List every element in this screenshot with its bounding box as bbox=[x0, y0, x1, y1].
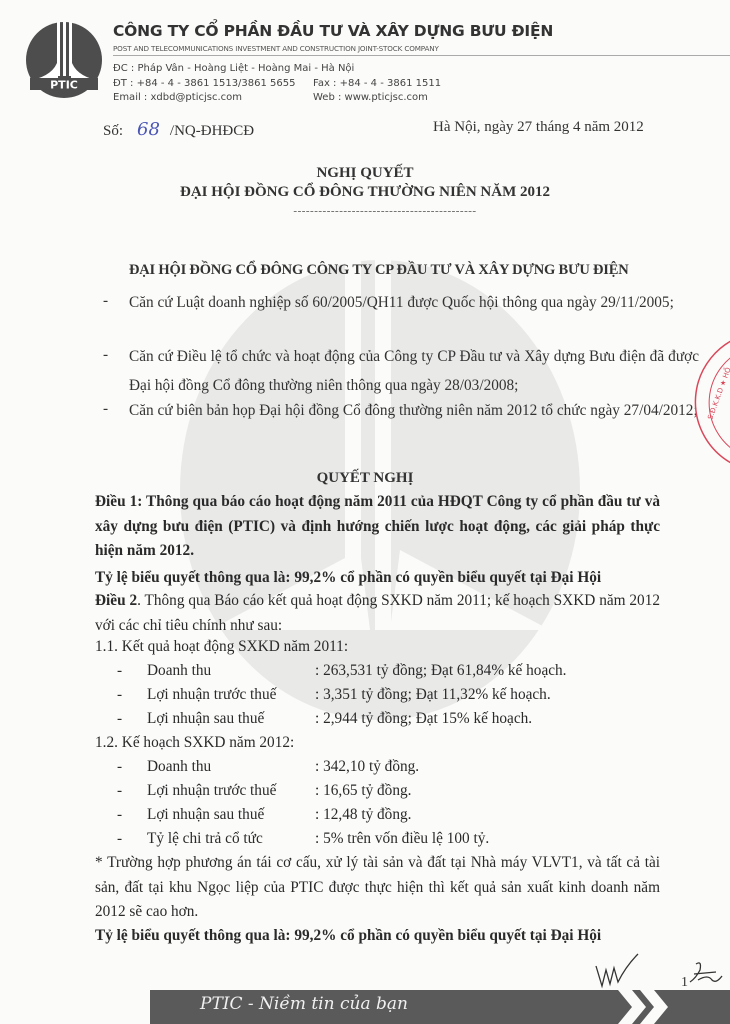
document-subtitle: ĐẠI HỘI ĐỒNG CỔ ĐÔNG THƯỜNG NIÊN NĂM 201… bbox=[0, 184, 730, 201]
company-web: Web : www.pticjsc.com bbox=[313, 92, 428, 103]
document-number: Số:68/NQ-ĐHĐCĐ bbox=[103, 119, 254, 140]
plan-row-pretax-profit: -Lợi nhuận trước thuế: 16,65 tỷ đồng. bbox=[117, 782, 122, 800]
plan-row-revenue: -Doanh thu: 342,10 tỷ đồng. bbox=[117, 758, 122, 776]
article-2-vote: Tỷ lệ biểu quyết thông qua là: 99,2% cổ … bbox=[95, 927, 601, 945]
article-2-note: * Trường hợp phương án tái cơ cấu, xử lý… bbox=[95, 851, 660, 925]
red-stamp: S.Đ.K.K.D ★ HỒ bbox=[690, 330, 730, 470]
signature-initials bbox=[592, 952, 642, 992]
chevron-right-icon bbox=[640, 990, 670, 1024]
result-row-aftertax-profit: -Lợi nhuận sau thuế: 2,944 tỷ đồng; Đạt … bbox=[117, 710, 122, 728]
place-date: Hà Nội, ngày 27 tháng 4 năm 2012 bbox=[433, 119, 644, 136]
section-1-1-heading: 1.1. Kết quả hoạt động SXKD năm 2011: bbox=[95, 638, 348, 656]
title-separator: ----------------------------------------… bbox=[20, 205, 730, 217]
document-title: NGHỊ QUYẾT bbox=[0, 165, 730, 182]
section-1-2-heading: 1.2. Kế hoạch SXKD năm 2012: bbox=[95, 734, 294, 752]
article-1-vote: Tỷ lệ biểu quyết thông qua là: 99,2% cổ … bbox=[95, 569, 601, 587]
company-email: Email : xdbd@pticjsc.com bbox=[113, 92, 242, 103]
company-phone: ĐT : +84 - 4 - 3861 1513/3861 5655 bbox=[113, 78, 296, 89]
document-code: /NQ-ĐHĐCĐ bbox=[170, 123, 254, 139]
handwritten-number: 68 bbox=[137, 119, 160, 140]
ptic-logo: PTIC bbox=[24, 20, 104, 100]
article-1-text: Điều 1: Thông qua báo cáo hoạt động năm … bbox=[95, 490, 660, 564]
issuer-heading: ĐẠI HỘI ĐỒNG CỔ ĐÔNG CÔNG TY CP ĐẦU TƯ V… bbox=[129, 262, 628, 279]
result-row-pretax-profit: -Lợi nhuận trước thuế: 3,351 tỷ đồng; Đạ… bbox=[117, 686, 122, 704]
company-address: ĐC : Pháp Vân - Hoàng Liệt - Hoàng Mai -… bbox=[113, 63, 354, 74]
company-fax: Fax : +84 - 4 - 3861 1511 bbox=[313, 78, 441, 89]
header-rule bbox=[113, 55, 730, 56]
footer-slogan: PTIC - Niềm tin của bạn bbox=[200, 994, 408, 1014]
result-row-revenue: -Doanh thu: 263,531 tỷ đồng; Đạt 61,84% … bbox=[117, 662, 122, 680]
svg-text:PTIC: PTIC bbox=[50, 79, 78, 92]
plan-row-aftertax-profit: -Lợi nhuận sau thuế: 12,48 tỷ đồng. bbox=[117, 806, 122, 824]
plan-row-dividend: -Tỷ lệ chi trả cổ tức: 5% trên vốn điều … bbox=[117, 830, 122, 848]
company-name-english: POST AND TELECOMMUNICATIONS INVESTMENT A… bbox=[113, 44, 439, 53]
company-name: CÔNG TY CỔ PHẦN ĐẦU TƯ VÀ XÂY DỰNG BƯU Đ… bbox=[113, 22, 553, 40]
signature-mark bbox=[686, 958, 726, 990]
number-label: Số: bbox=[103, 123, 123, 139]
article-2-text: Điều 2. Thông qua Báo cáo kết quả hoạt đ… bbox=[95, 589, 660, 638]
resolution-heading: QUYẾT NGHỊ bbox=[0, 470, 730, 487]
